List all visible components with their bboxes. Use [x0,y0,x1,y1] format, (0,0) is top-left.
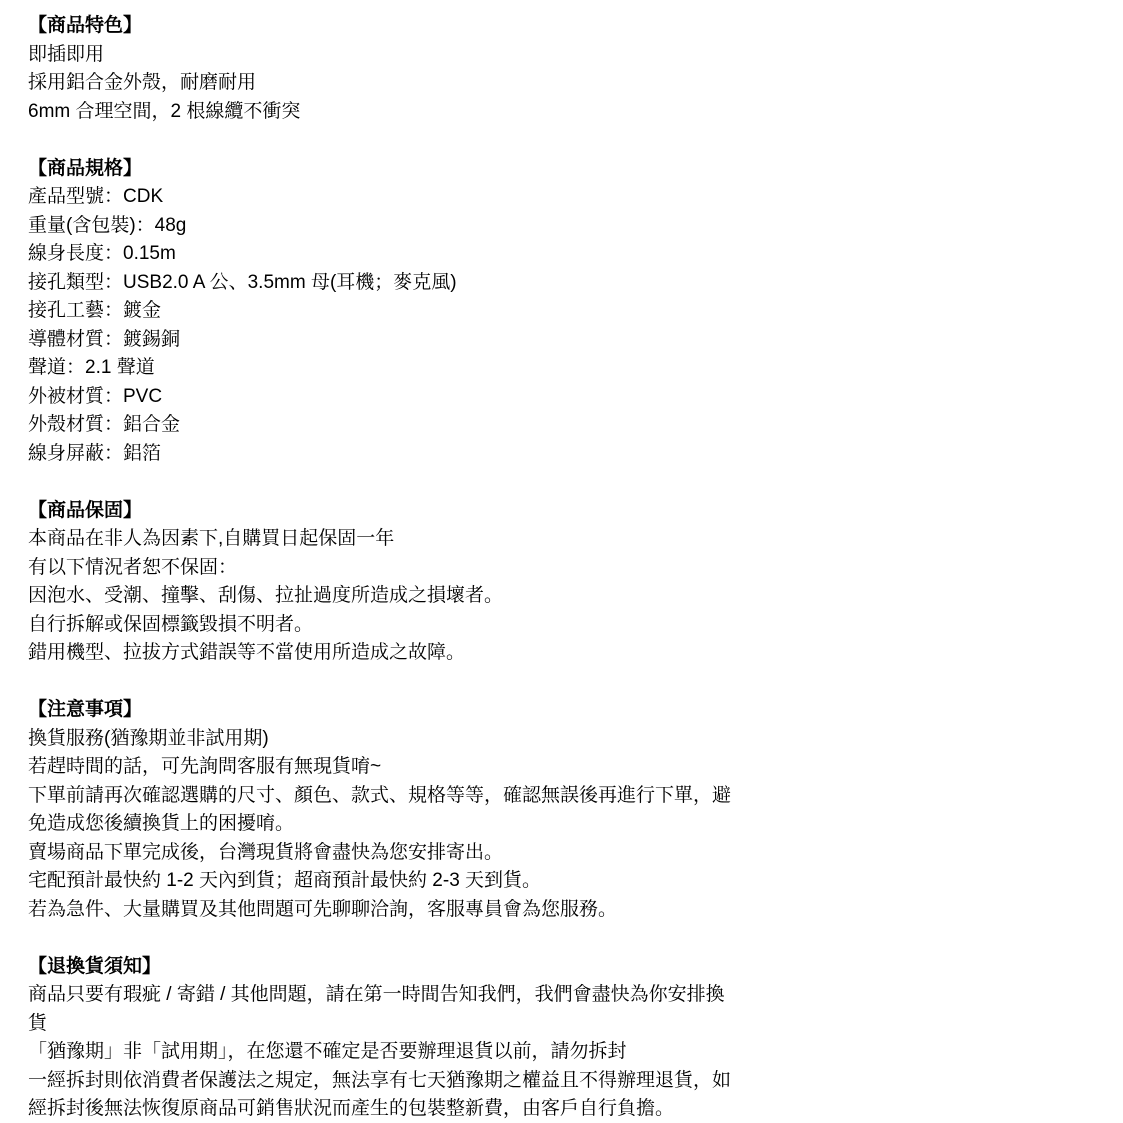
spec-line-shell: 外殼材質：鋁合金 [28,411,732,440]
warranty-line: 本商品在非人為因素下,自購買日起保固一年 [28,525,732,554]
notice-line: 若趕時間的話，可先詢問客服有無現貨唷~ [28,753,732,782]
return-policy-line: 一經拆封則依消費者保護法之規定，無法享有七天猶豫期之權益且不得辦理退貨，如經拆封… [28,1067,732,1123]
section-title-notices: 【注意事項】 [28,696,732,725]
spec-line-conductor: 導體材質：鍍錫銅 [28,326,732,355]
section-title-return-policy: 【退換貨須知】 [28,953,732,982]
section-product-specs: 【商品規格】 產品型號：CDK 重量(含包裝)：48g 線身長度：0.15m 接… [28,155,732,469]
feature-line: 即插即用 [28,41,732,70]
notice-line: 若為急件、大量購買及其他問題可先聊聊洽詢，客服專員會為您服務。 [28,896,732,925]
spec-line-channels: 聲道：2.1 聲道 [28,354,732,383]
notice-line: 下單前請再次確認選購的尺寸、顏色、款式、規格等等，確認無誤後再進行下單，避免造成… [28,782,732,839]
section-title-specs: 【商品規格】 [28,155,732,184]
warranty-line: 自行拆解或保固標籤毀損不明者。 [28,611,732,640]
warranty-line: 錯用機型、拉拔方式錯誤等不當使用所造成之故障。 [28,639,732,668]
section-product-features: 【商品特色】 即插即用 採用鋁合金外殼，耐磨耐用 6mm 合理空間，2 根線纜不… [28,12,732,126]
return-policy-line: 「猶豫期」非「試用期」，在您還不確定是否要辦理退貨以前，請勿拆封 [28,1038,732,1067]
spec-line-plating: 接孔工藝：鍍金 [28,297,732,326]
spec-line-jacket: 外被材質：PVC [28,383,732,412]
spec-line-weight: 重量(含包裝)：48g [28,212,732,241]
section-return-policy: 【退換貨須知】 商品只要有瑕疵 / 寄錯 / 其他問題，請在第一時間告知我們，我… [28,953,732,1123]
section-notices: 【注意事項】 換貨服務(猶豫期並非試用期) 若趕時間的話，可先詢問客服有無現貨唷… [28,696,732,924]
notice-line: 換貨服務(猶豫期並非試用期) [28,725,732,754]
notice-line: 賣場商品下單完成後，台灣現貨將會盡快為您安排寄出。 [28,839,732,868]
section-product-warranty: 【商品保固】 本商品在非人為因素下,自購買日起保固一年 有以下情況者恕不保固： … [28,497,732,668]
feature-line: 採用鋁合金外殼，耐磨耐用 [28,69,732,98]
spec-line-connector-type: 接孔類型：USB2.0 A 公、3.5mm 母(耳機；麥克風) [28,269,732,298]
spec-line-shielding: 線身屏蔽：鋁箔 [28,440,732,469]
spec-line-model: 產品型號：CDK [28,183,732,212]
warranty-line: 有以下情況者恕不保固： [28,554,732,583]
warranty-line: 因泡水、受潮、撞擊、刮傷、拉扯過度所造成之損壞者。 [28,582,732,611]
section-title-warranty: 【商品保固】 [28,497,732,526]
product-description: 【商品特色】 即插即用 採用鋁合金外殼，耐磨耐用 6mm 合理空間，2 根線纜不… [0,0,732,1123]
return-policy-line: 商品只要有瑕疵 / 寄錯 / 其他問題，請在第一時間告知我們，我們會盡快為你安排… [28,981,732,1038]
section-title-features: 【商品特色】 [28,12,732,41]
page: { "page": { "background_color": "#ffffff… [0,0,1123,1123]
feature-line: 6mm 合理空間，2 根線纜不衝突 [28,98,732,127]
notice-line: 宅配預計最快約 1-2 天內到貨；超商預計最快約 2-3 天到貨。 [28,867,732,896]
spec-line-length: 線身長度：0.15m [28,240,732,269]
